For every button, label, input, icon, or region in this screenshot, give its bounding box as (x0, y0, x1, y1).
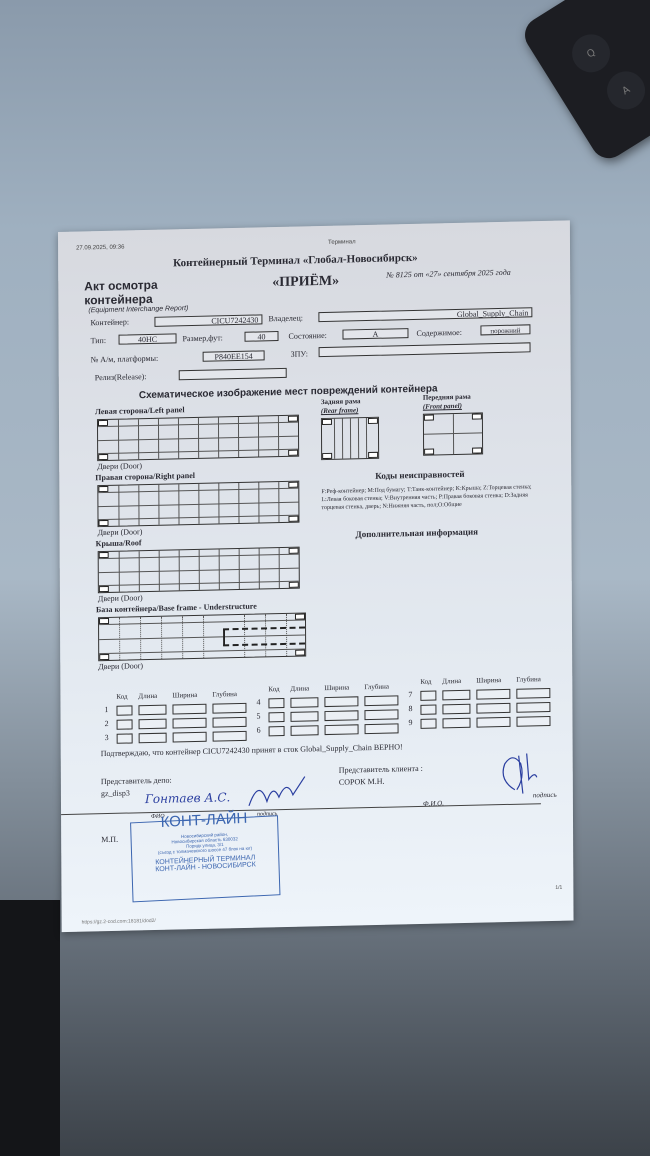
damage-code-field[interactable] (268, 712, 284, 722)
damage-header: Длина (442, 677, 461, 685)
keyboard-key: A (600, 64, 650, 116)
damage-length-field[interactable] (290, 711, 318, 722)
depot-user: gz_disp3 (101, 789, 130, 799)
mp-label: М.П. (101, 835, 118, 844)
operation-title: «ПРИЁМ» (272, 274, 339, 292)
damage-header: Длина (290, 684, 309, 692)
damage-header: Код (268, 685, 279, 693)
schema-title: Схематическое изображение мест поврежден… (139, 383, 438, 401)
damage-row-number: 7 (408, 690, 412, 699)
damage-header: Ширина (324, 684, 349, 693)
client-name: СОРОК М.Н. (339, 777, 385, 787)
damage-header: Код (420, 678, 431, 686)
size-label: Размер,фут: (183, 333, 223, 343)
front-frame-label-en: (Front panel) (423, 402, 462, 411)
damage-depth-field[interactable] (365, 723, 399, 734)
damage-length-field[interactable] (442, 718, 470, 729)
damage-header: Глубина (516, 675, 541, 684)
depot-rep-label: Представитель депо: (101, 776, 172, 787)
left-panel-diagram[interactable] (97, 415, 299, 462)
size-field[interactable]: 40 (244, 331, 278, 342)
seal-label: ЗПУ: (291, 349, 308, 358)
left-panel-label: Левая сторона/Left panel (95, 405, 185, 416)
roof-label: Крыша/Roof (96, 538, 142, 548)
page-number: 1/1 (555, 885, 562, 891)
damage-depth-field[interactable] (213, 717, 247, 728)
client-signature (497, 749, 541, 805)
damage-width-field[interactable] (173, 718, 207, 729)
damage-length-field[interactable] (442, 690, 470, 701)
damage-header: Глубина (364, 683, 389, 692)
damage-depth-field[interactable] (516, 702, 550, 713)
damage-depth-field[interactable] (213, 731, 247, 742)
client-fio-label: Ф.И.О. (423, 799, 444, 807)
damage-length-field[interactable] (442, 704, 470, 715)
fault-codes-title: Коды неисправностей (375, 469, 464, 481)
damage-code-field[interactable] (420, 719, 436, 729)
damage-code-field[interactable] (116, 705, 132, 715)
damage-code-field[interactable] (268, 698, 284, 708)
damage-code-field[interactable] (117, 733, 133, 743)
damage-row-number: 4 (256, 698, 260, 707)
type-label: Тип: (91, 336, 107, 345)
keyboard-key: Q (565, 27, 617, 79)
damage-depth-field[interactable] (364, 695, 398, 706)
damage-code-field[interactable] (420, 705, 436, 715)
owner-label: Владелец: (268, 313, 303, 323)
damage-depth-field[interactable] (364, 709, 398, 720)
damage-length-field[interactable] (290, 697, 318, 708)
damage-code-field[interactable] (420, 691, 436, 701)
seal-field[interactable] (319, 342, 531, 357)
damage-length-field[interactable] (139, 719, 167, 730)
doc-title-line2: контейнера (84, 292, 152, 308)
left-panel-door-label: Двери (Door) (97, 461, 142, 471)
additional-info-title: Дополнительная информация (356, 527, 479, 540)
rear-frame-label-en: (Rear frame) (321, 406, 359, 415)
keyboard-corner: Q A (518, 0, 650, 165)
release-label: Релиз(Release): (95, 372, 147, 382)
right-panel-door-label: Двери (Door) (98, 527, 143, 537)
front-frame-diagram[interactable] (423, 412, 483, 455)
damage-code-field[interactable] (269, 726, 285, 736)
condition-label: Состояние: (288, 331, 326, 341)
damage-width-field[interactable] (476, 703, 510, 714)
damage-length-field[interactable] (139, 733, 167, 744)
right-panel-label: Правая сторона/Right panel (95, 471, 195, 482)
print-datetime: 27.09.2025, 09:36 (76, 244, 124, 251)
container-field[interactable]: CICU7242430 (154, 314, 262, 326)
damage-row-number: 1 (104, 705, 108, 714)
rear-frame-label: Задняя рама (321, 397, 361, 406)
type-field[interactable]: 40HC (119, 333, 177, 344)
damage-length-field[interactable] (138, 705, 166, 716)
damage-width-field[interactable] (324, 710, 358, 721)
front-frame-label: Передняя рама (423, 393, 471, 402)
inspection-report-paper: 27.09.2025, 09:36 Терминал Контейнерный … (58, 220, 574, 932)
base-frame-label: База контейнера/Base frame - Understruct… (96, 602, 257, 615)
damage-row-number: 9 (408, 718, 412, 727)
damage-row-number: 5 (256, 712, 260, 721)
doc-number: № 8125 от «27» сентября 2025 года (386, 268, 511, 280)
damage-width-field[interactable] (324, 696, 358, 707)
damage-header: Глубина (212, 690, 237, 699)
damage-depth-field[interactable] (516, 688, 550, 699)
damage-width-field[interactable] (172, 704, 206, 715)
fault-codes-text: F:Реф-контейнер; M:Под бумагу; T:Танк-ко… (321, 483, 541, 512)
damage-row-number: 3 (105, 733, 109, 742)
damage-header: Длина (138, 692, 157, 700)
damage-width-field[interactable] (325, 724, 359, 735)
base-frame-diagram[interactable] (98, 612, 306, 661)
damage-row-number: 8 (408, 704, 412, 713)
condition-field[interactable]: A (342, 328, 408, 339)
rear-frame-diagram[interactable] (321, 417, 379, 460)
damage-header: Ширина (476, 676, 501, 685)
damage-width-field[interactable] (476, 717, 510, 728)
footer-url[interactable]: https://gz.2-cod.com:18181/dod2/ (82, 918, 156, 926)
base-door-label: Двери (Door) (98, 661, 143, 671)
depot-handwritten-name: Гонтаев А.С. (145, 790, 230, 806)
damage-table: КодДлинаШиринаГлубина123КодДлинаШиринаГл… (58, 220, 570, 232)
vehicle-field[interactable]: P840EE154 (203, 350, 265, 361)
owner-field[interactable]: Global_Supply_Chain (318, 307, 532, 322)
print-source: Терминал (328, 239, 356, 246)
damage-width-field[interactable] (173, 732, 207, 743)
contents-label: Содержимое: (416, 328, 462, 338)
confirmation-text: Подтверждаю, что контейнер CICU7242430 п… (101, 742, 403, 758)
desk-shadow (0, 900, 60, 1156)
vehicle-label: № А/м, платформы: (91, 354, 159, 365)
damage-code-field[interactable] (117, 719, 133, 729)
damage-width-field[interactable] (476, 689, 510, 700)
damage-depth-field[interactable] (516, 716, 550, 727)
roof-diagram[interactable] (98, 547, 300, 594)
company-stamp: КОНТ-ЛАЙН Новосибирский район, Новосибир… (130, 815, 280, 902)
doc-subtitle: (Equipment Interchange Report) (88, 305, 188, 314)
damage-length-field[interactable] (291, 725, 319, 736)
company-name: Контейнерный Терминал «Глобал-Новосибирс… (173, 252, 418, 270)
roof-door-label: Двери (Door) (98, 593, 143, 603)
release-field[interactable] (179, 368, 287, 380)
container-label: Контейнер: (90, 317, 129, 327)
damage-header: Код (116, 693, 127, 701)
client-rep-label: Представитель клиента : (339, 764, 423, 775)
contents-field[interactable]: порожний (480, 324, 530, 335)
damage-header: Ширина (172, 691, 197, 700)
damage-row-number: 2 (105, 719, 109, 728)
damage-row-number: 6 (257, 726, 261, 735)
right-panel-diagram[interactable] (97, 481, 299, 528)
damage-depth-field[interactable] (212, 703, 246, 714)
